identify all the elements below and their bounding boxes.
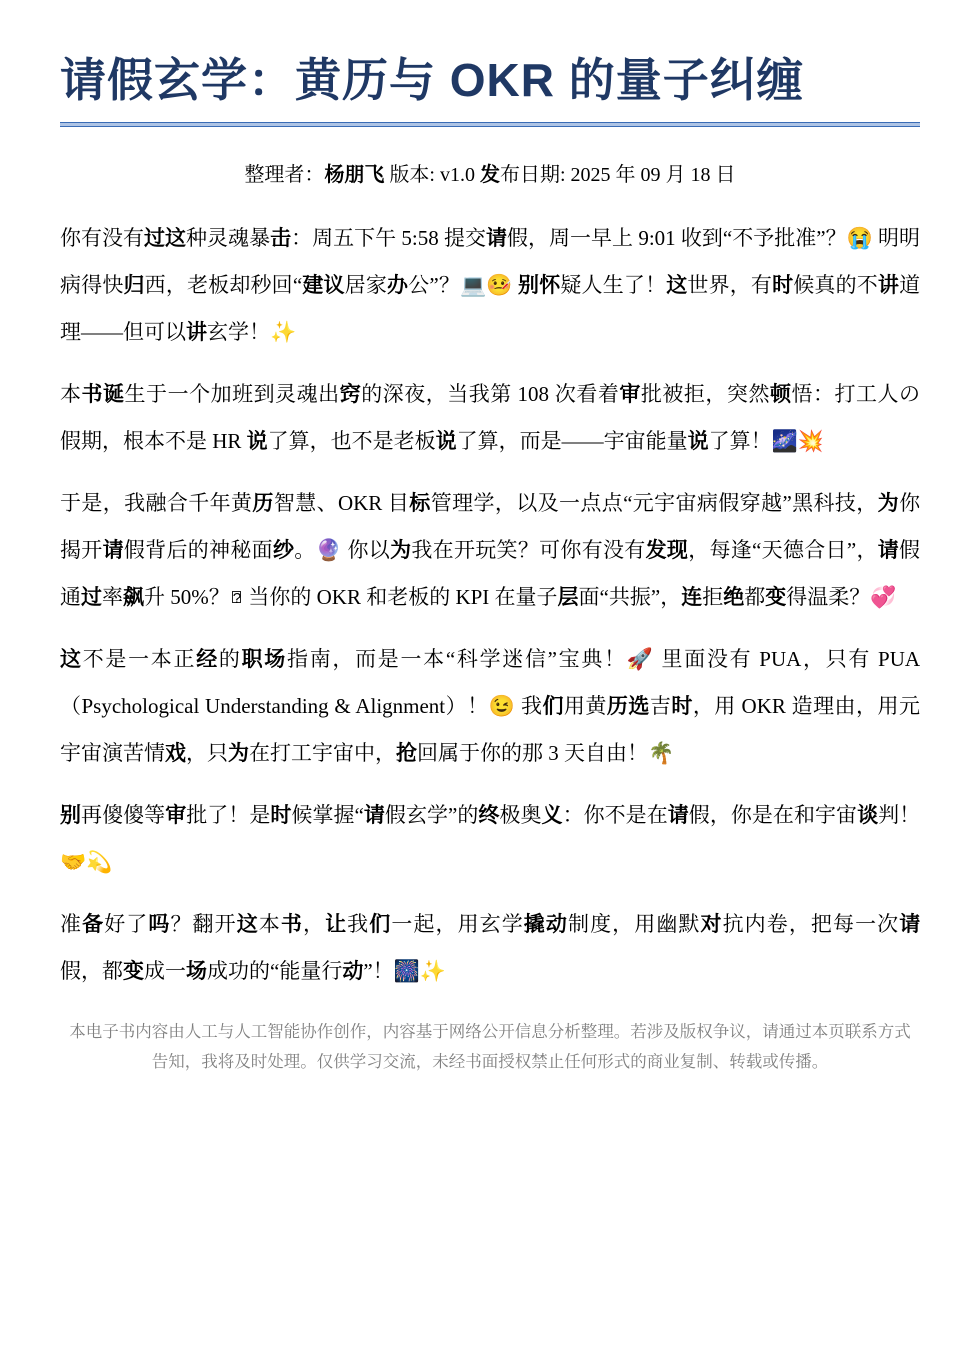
body-copy: 你有没有过这种灵魂暴击：周五下午 5:58 提交请假，周一早上 9:01 收到“…	[60, 215, 920, 995]
title-divider	[60, 122, 920, 127]
paragraph-book-origin: 本书诞生于一个加班到灵魂出窍的深夜，当我第 108 次看着审批被拒，突然顿悟：打…	[60, 371, 920, 465]
document-page: 请假玄学：黄历与 OKR 的量子纠缠 整理者：杨朋飞 版本: v1.0 发布日期…	[0, 0, 979, 1346]
paragraph-pua-redefined: 这不是一本正经的职场指南，而是一本“科学迷信”宝典！🚀 里面没有 PUA，只有 …	[60, 636, 920, 777]
disclaimer: 本电子书内容由人工与人工智能协作创作，内容基于网络公开信息分析整理。若涉及版权争…	[60, 1017, 920, 1077]
page-title: 请假玄学：黄历与 OKR 的量子纠缠	[60, 54, 920, 107]
byline: 整理者：杨朋飞 版本: v1.0 发布日期: 2025 年 09 月 18 日	[60, 161, 920, 189]
paragraph-call-to-action: 准备好了吗？翻开这本书，让我们一起，用玄学撬动制度，用幽默对抗内卷，把每一次请假…	[60, 901, 920, 995]
paragraph-ultimate-secret: 别再傻傻等审批了！是时候掌握“请假玄学”的终极奥义：你不是在请假，你是在和宇宙谈…	[60, 792, 920, 886]
missing-glyph-box: ?	[232, 591, 241, 603]
paragraph-method-fusion: 于是，我融合千年黄历智慧、OKR 目标管理学，以及一点点“元宇宙病假穿越”黑科技…	[60, 480, 920, 621]
paragraph-soul-strike-intro: 你有没有过这种灵魂暴击：周五下午 5:58 提交请假，周一早上 9:01 收到“…	[60, 215, 920, 356]
